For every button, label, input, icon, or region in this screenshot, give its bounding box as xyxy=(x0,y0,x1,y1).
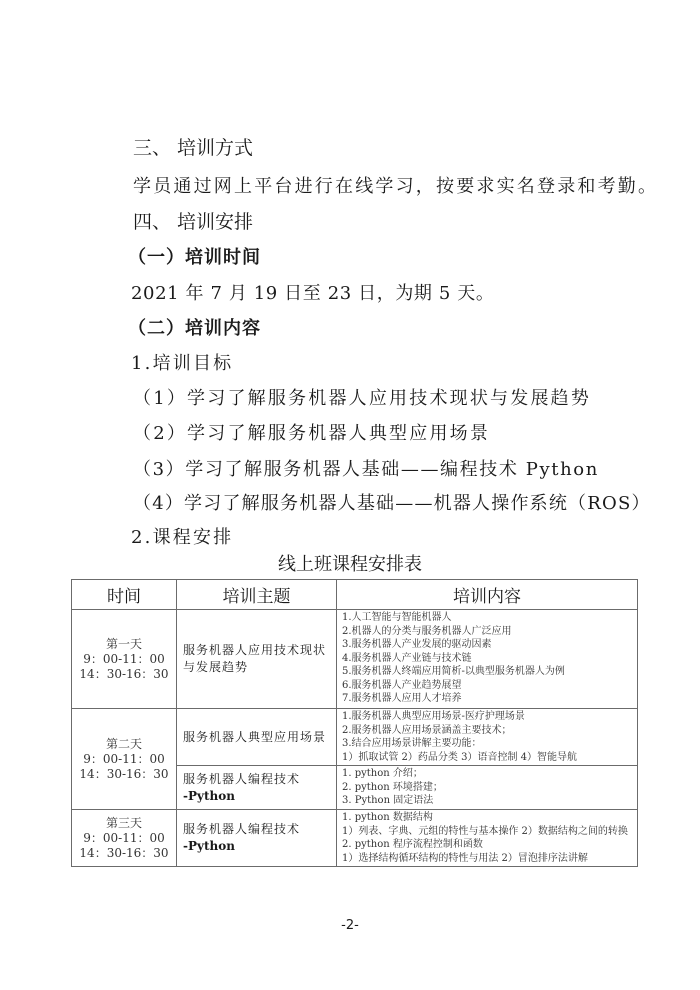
subheading-training-content: （二）培训内容 xyxy=(128,314,261,340)
content-line: 1. python 数据结构 xyxy=(342,811,632,825)
time-morning: 9：00-11：00 xyxy=(72,752,176,767)
time-afternoon: 14：30-16：30 xyxy=(72,846,176,861)
content-line: 1.人工智能与智能机器人 xyxy=(342,611,632,625)
time-cell: 第三天 9：00-11：00 14：30-16：30 xyxy=(72,810,177,867)
content-line: 3. Python 固定语法 xyxy=(342,794,632,808)
goal-item: （2）学习了解服务机器人典型应用场景 xyxy=(133,419,490,445)
header-time: 时间 xyxy=(72,580,177,610)
schedule-table: 时间 培训主题 培训内容 第一天 9：00-11：00 14：30-16：30 … xyxy=(71,579,638,867)
content-line: 4.服务机器人产业链与技术链 xyxy=(342,652,632,666)
content-line: 1）列表、字典、元组的特性与基本操作 2）数据结构之间的转换 xyxy=(342,825,632,839)
theme-cell: 服务机器人应用技术现状与发展趋势 xyxy=(177,610,337,709)
goals-heading: 1.培训目标 xyxy=(131,349,233,375)
header-content: 培训内容 xyxy=(337,580,638,610)
content-line: 2. python 程序流程控制和函数 xyxy=(342,838,632,852)
table-row: 第三天 9：00-11：00 14：30-16：30 服务机器人编程技术 -Py… xyxy=(72,810,638,867)
subheading-training-time: （一）培训时间 xyxy=(128,243,261,269)
training-method-text: 学员通过网上平台进行在线学习，按要求实名登录和考勤。 xyxy=(133,172,658,198)
content-line: 6.服务机器人产业趋势展望 xyxy=(342,679,632,693)
theme-cell: 服务机器人典型应用场景 xyxy=(177,709,337,766)
time-afternoon: 14：30-16：30 xyxy=(72,667,176,682)
time-afternoon: 14：30-16：30 xyxy=(72,767,176,782)
theme-text: 服务机器人编程技术 xyxy=(183,821,330,838)
content-line: 3.结合应用场景讲解主要功能： xyxy=(342,737,632,751)
theme-text: 服务机器人编程技术 xyxy=(183,771,330,788)
time-morning: 9：00-11：00 xyxy=(72,652,176,667)
theme-cell: 服务机器人编程技术 -Python xyxy=(177,766,337,810)
goal-item: （3）学习了解服务机器人基础——编程技术 Python xyxy=(133,455,599,481)
page-number: -2- xyxy=(0,918,700,933)
content-cell: 1. python 数据结构 1）列表、字典、元组的特性与基本操作 2）数据结构… xyxy=(337,810,638,867)
time-cell: 第一天 9：00-11：00 14：30-16：30 xyxy=(72,610,177,709)
day-label: 第二天 xyxy=(72,737,176,752)
section-heading-training-arrangement: 四、 培训安排 xyxy=(133,207,253,234)
content-line: 1）选择结构循环结构的特性与用法 2）冒泡排序法讲解 xyxy=(342,852,632,866)
table-row: 第一天 9：00-11：00 14：30-16：30 服务机器人应用技术现状与发… xyxy=(72,610,638,709)
theme-text-en: -Python xyxy=(183,838,330,855)
content-line: 1）抓取试管 2）药品分类 3）语音控制 4）智能导航 xyxy=(342,751,632,765)
time-cell: 第二天 9：00-11：00 14：30-16：30 xyxy=(72,709,177,810)
content-cell: 1.人工智能与智能机器人 2.机器人的分类与服务机器人广泛应用 3.服务机器人产… xyxy=(337,610,638,709)
header-theme: 培训主题 xyxy=(177,580,337,610)
table-header-row: 时间 培训主题 培训内容 xyxy=(72,580,638,610)
content-line: 3.服务机器人产业发展的驱动因素 xyxy=(342,638,632,652)
content-cell: 1. python 介绍； 2. python 环境搭建； 3. Python … xyxy=(337,766,638,810)
content-line: 5.服务机器人终端应用简析-以典型服务机器人为例 xyxy=(342,665,632,679)
content-line: 1. python 介绍； xyxy=(342,767,632,781)
content-line: 2.服务机器人应用场景涵盖主要技术； xyxy=(342,724,632,738)
goal-item: （4）学习了解服务机器人基础——机器人操作系统（ROS） xyxy=(133,489,651,515)
day-label: 第三天 xyxy=(72,816,176,831)
time-morning: 9：00-11：00 xyxy=(72,831,176,846)
table-row: 第二天 9：00-11：00 14：30-16：30 服务机器人典型应用场景 1… xyxy=(72,709,638,766)
section-heading-training-method: 三、 培训方式 xyxy=(133,133,253,160)
day-label: 第一天 xyxy=(72,637,176,652)
content-line: 2.机器人的分类与服务机器人广泛应用 xyxy=(342,625,632,639)
content-line: 1.服务机器人典型应用场景-医疗护理场景 xyxy=(342,710,632,724)
schedule-heading: 2.课程安排 xyxy=(131,523,233,549)
table-title: 线上班课程安排表 xyxy=(0,550,700,576)
goal-item: （1）学习了解服务机器人应用技术现状与发展趋势 xyxy=(133,384,591,410)
content-cell: 1.服务机器人典型应用场景-医疗护理场景 2.服务机器人应用场景涵盖主要技术； … xyxy=(337,709,638,766)
theme-text-en: -Python xyxy=(183,788,330,805)
training-time-text: 2021 年 7 月 19 日至 23 日，为期 5 天。 xyxy=(131,279,494,305)
theme-cell: 服务机器人编程技术 -Python xyxy=(177,810,337,867)
content-line: 7.服务机器人应用人才培养 xyxy=(342,692,632,706)
content-line: 2. python 环境搭建； xyxy=(342,781,632,795)
theme-text: 服务机器人典型应用场景 xyxy=(183,729,330,746)
theme-text: 服务机器人应用技术现状与发展趋势 xyxy=(183,642,330,676)
